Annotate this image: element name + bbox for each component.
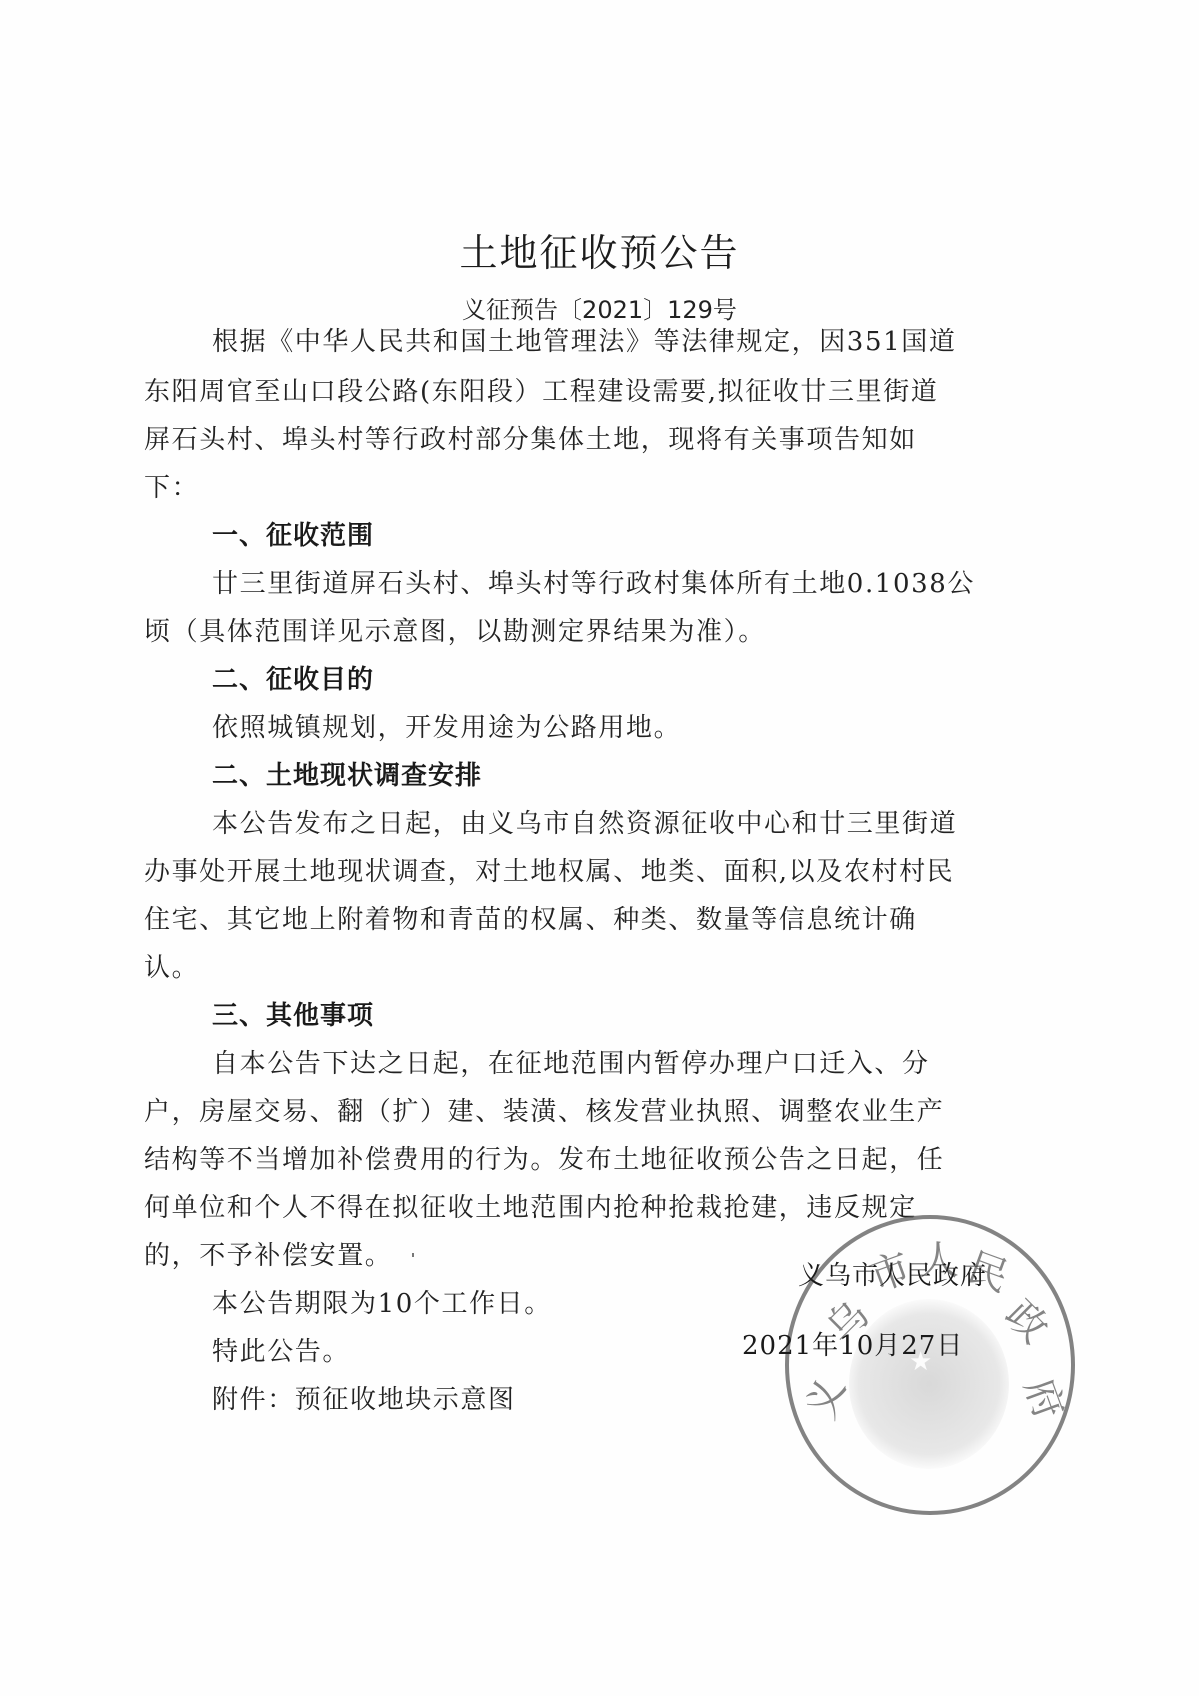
section-scope-line-1: 廿三里街道屏石头村、埠头村等行政村集体所有土地0.1038公 [212, 568, 975, 600]
section-other-line-5: 的，不予补偿安置。 [144, 1240, 392, 1272]
section-survey-line-4: 认。 [144, 952, 199, 984]
section-heading-purpose: 二、征收目的 [212, 664, 374, 696]
seal-arc-char: 义 [789, 1369, 856, 1426]
section-heading-survey: 二、土地现状调查安排 [212, 760, 482, 792]
section-other-line-2: 户，房屋交易、翻（扩）建、装潢、核发营业执照、调整农业生产 [144, 1096, 944, 1128]
section-survey-line-3: 住宅、其它地上附着物和青苗的权属、种类、数量等信息统计确 [144, 904, 917, 936]
section-other-line-3: 结构等不当增加补偿费用的行为。发布土地征收预公告之日起，任 [144, 1144, 944, 1176]
intro-line-1: 根据《中华人民共和国土地管理法》等法律规定，因351国道 [212, 326, 956, 358]
issuer-name: 义乌市人民政府 [798, 1255, 987, 1292]
closing-period: 本公告期限为10个工作日。 [212, 1288, 552, 1320]
scan-speck [412, 1253, 414, 1257]
seal-arc-char: 府 [1013, 1369, 1080, 1426]
document-page: 土地征收预公告 义征预告〔2021〕129号 根据《中华人民共和国土地管理法》等… [0, 0, 1199, 1696]
intro-line-3: 屏石头村、埠头村等行政村部分集体土地，现将有关事项告知如 [144, 424, 917, 456]
section-heading-scope: 一、征收范围 [212, 520, 374, 552]
closing-notice: 特此公告。 [212, 1336, 350, 1368]
section-other-line-4: 何单位和个人不得在拟征收土地范围内抢种抢栽抢建，违反规定 [144, 1192, 917, 1224]
document-title: 土地征收预公告 [0, 222, 1199, 277]
section-scope-line-2: 顷（具体范围详见示意图，以勘测定界结果为准）。 [144, 616, 766, 648]
section-purpose-line-1: 依照城镇规划，开发用途为公路用地。 [212, 712, 681, 744]
section-survey-line-1: 本公告发布之日起，由义乌市自然资源征收中心和廿三里街道 [212, 808, 957, 840]
section-heading-other: 三、其他事项 [212, 1000, 374, 1032]
intro-line-2: 东阳周官至山口段公路(东阳段）工程建设需要,拟征收廿三里街道 [144, 376, 938, 408]
intro-line-4: 下： [144, 472, 199, 504]
section-other-line-1: 自本公告下达之日起，在征地范围内暂停办理户口迁入、分 [212, 1048, 930, 1080]
section-survey-line-2: 办事处开展土地现状调查，对土地权属、地类、面积,以及农村村民 [144, 856, 954, 888]
seal-arc-char: 政 [995, 1285, 1064, 1354]
document-number: 义征预告〔2021〕129号 [0, 290, 1199, 325]
issue-date: 2021年10月27日 [742, 1325, 963, 1362]
closing-attachment: 附件：预征收地块示意图 [212, 1384, 516, 1416]
